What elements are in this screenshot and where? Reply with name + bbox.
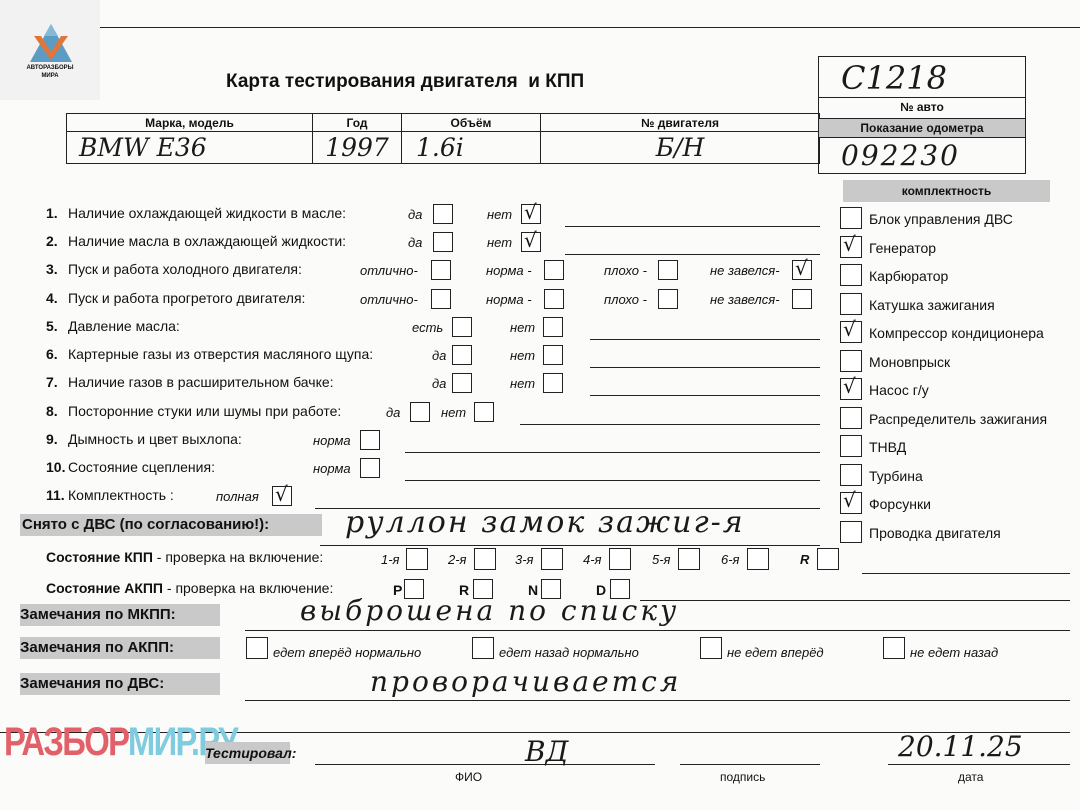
option-label: нет [441, 405, 466, 420]
completeness-label: ТНВД [869, 439, 906, 455]
check-number: 5. [46, 318, 58, 334]
gear-label: R [800, 552, 809, 567]
option-checkbox[interactable]: √ [792, 260, 812, 280]
option-label: норма [313, 433, 351, 448]
completeness-label: Распределитель зажигания [869, 411, 1047, 427]
volume-value[interactable]: 1.6i [402, 132, 541, 164]
check-number: 8. [46, 403, 58, 419]
option-label: норма [313, 461, 351, 476]
col-engine-number: № двигателя [541, 114, 820, 132]
option-checkbox[interactable] [431, 289, 451, 309]
option-label: плохо - [604, 263, 647, 278]
mkpp-remarks-value[interactable]: выброшена по списку [300, 594, 679, 627]
option-label: да [386, 405, 400, 420]
check-label: Дымность и цвет выхлопа: [68, 431, 242, 447]
option-label: да [408, 235, 422, 250]
option-label: не завелся- [710, 263, 780, 278]
option-checkbox[interactable] [792, 289, 812, 309]
check-mark-icon: √ [843, 375, 856, 397]
akpp-remark-checkbox[interactable] [883, 637, 905, 659]
akpp-remark-checkbox[interactable] [246, 637, 268, 659]
gear-label: 3-я [515, 552, 534, 567]
gear-label: 4-я [583, 552, 602, 567]
akpp-remark-checkbox[interactable] [700, 637, 722, 659]
logo-text-line1: АВТОРАЗБОРЫ [0, 65, 100, 71]
kpp-label-bold: Состояние КПП [46, 549, 153, 565]
completeness-label: Компрессор кондиционера [869, 325, 1044, 341]
check-mark-icon: √ [275, 483, 288, 505]
car-number-value[interactable]: C1218 [841, 59, 947, 97]
option-label: да [408, 207, 422, 222]
option-label: плохо - [604, 292, 647, 307]
option-checkbox[interactable] [474, 402, 494, 422]
check-number: 3. [46, 261, 58, 277]
option-label: отлично- [360, 292, 418, 307]
gear-checkbox[interactable] [474, 548, 496, 570]
gear-checkbox[interactable] [817, 548, 839, 570]
akpp-remarks-label: Замечания по АКПП: [20, 637, 220, 659]
option-label: нет [510, 320, 535, 335]
check-label: Наличие масла в охлаждающей жидкости: [68, 233, 346, 249]
check-number: 6. [46, 346, 58, 362]
completeness-label: Насос г/у [869, 382, 929, 398]
odometer-label: Показание одометра [819, 118, 1025, 138]
option-checkbox[interactable]: √ [521, 204, 541, 224]
answer-line [590, 339, 820, 340]
completeness-label: Блок управления ДВС [869, 211, 1013, 227]
page-title: Карта тестирования двигателя и КПП [226, 71, 584, 93]
completeness-checkbox[interactable] [840, 264, 862, 286]
gear-label: 5-я [652, 552, 671, 567]
completeness-checkbox[interactable] [840, 407, 862, 429]
check-label: Пуск и работа прогретого двигателя: [68, 290, 305, 306]
col-year: Год [313, 114, 402, 132]
completeness-label: Турбина [869, 468, 923, 484]
answer-line [590, 367, 820, 368]
year-value[interactable]: 1997 [313, 132, 402, 164]
answer-line [405, 452, 820, 453]
check-label: Комплектность : [68, 487, 174, 503]
option-checkbox[interactable] [543, 317, 563, 337]
gear-checkbox[interactable] [541, 548, 563, 570]
logo: АВТОРАЗБОРЫ МИРА [0, 0, 100, 100]
check-mark-icon: √ [843, 233, 856, 255]
check-label: Наличие охлаждающей жидкости в масле: [68, 205, 346, 221]
option-checkbox[interactable] [544, 289, 564, 309]
option-checkbox[interactable] [410, 402, 430, 422]
check-label: Наличие газов в расширительном бачке: [68, 374, 334, 390]
completeness-checkbox[interactable] [840, 207, 862, 229]
completeness-checkbox[interactable]: √ [840, 321, 862, 343]
car-number-label: № авто [819, 100, 1025, 114]
dvs-remarks-label: Замечания по ДВС: [20, 673, 220, 695]
option-label: нет [510, 348, 535, 363]
completeness-label: Моновпрыск [869, 354, 950, 370]
engine-number-value[interactable]: Б/Н [541, 132, 820, 164]
check-label: Посторонние стуки или шумы при работе: [68, 403, 341, 419]
top-rule [100, 27, 1080, 28]
completeness-checkbox[interactable]: √ [840, 236, 862, 258]
option-checkbox[interactable] [452, 345, 472, 365]
gear-checkbox[interactable] [609, 548, 631, 570]
akpp-remark-label: едет назад нормально [499, 645, 639, 660]
completeness-label: Проводка двигателя [869, 525, 1001, 541]
car-number-box: C1218 № авто Показание одометра 092230 [818, 56, 1026, 174]
option-checkbox[interactable]: √ [272, 486, 292, 506]
removed-label: Снято с ДВС (по согласованию!): [20, 514, 322, 536]
check-number: 11. [46, 487, 65, 503]
gear-label: 6-я [721, 552, 740, 567]
option-checkbox[interactable] [433, 232, 453, 252]
option-checkbox[interactable] [543, 345, 563, 365]
col-make-model: Марка, модель [67, 114, 313, 132]
option-label: нет [487, 207, 512, 222]
date-value[interactable]: 20.11.25 [898, 730, 1023, 763]
completeness-checkbox[interactable]: √ [840, 492, 862, 514]
answer-line [590, 395, 820, 396]
completeness-label: Карбюратор [869, 268, 948, 284]
logo-text-line2: МИРА [0, 73, 100, 79]
gear-label: 1-я [381, 552, 400, 567]
check-number: 4. [46, 290, 58, 306]
check-number: 10. [46, 459, 65, 475]
option-label: нет [510, 376, 535, 391]
check-mark-icon: √ [524, 229, 537, 251]
kpp-label: Состояние КПП - проверка на включение: [46, 549, 323, 565]
watermark-red: РАЗБОР [4, 720, 128, 764]
check-number: 7. [46, 374, 58, 390]
answer-line [565, 254, 820, 255]
akpp-remark-label: не едет вперёд [727, 645, 824, 660]
dvs-remarks-value[interactable]: проворачивается [370, 665, 681, 698]
completeness-checkbox[interactable] [840, 521, 862, 543]
completeness-label: Катушка зажигания [869, 297, 995, 313]
option-label: норма - [486, 292, 532, 307]
vehicle-info-table: Марка, модель Год Объём № двигателя BMW … [66, 113, 820, 164]
option-checkbox[interactable] [433, 204, 453, 224]
check-label: Давление масла: [68, 318, 180, 334]
option-checkbox[interactable] [543, 373, 563, 393]
akpp-remark-checkbox[interactable] [472, 637, 494, 659]
option-checkbox[interactable] [360, 430, 380, 450]
signature-caption: подпись [720, 770, 765, 784]
option-label: нет [487, 235, 512, 250]
check-mark-icon: √ [524, 201, 537, 223]
name-caption: ФИО [455, 770, 482, 784]
answer-line [405, 480, 820, 481]
mkpp-remarks-label: Замечания по МКПП: [20, 604, 220, 626]
answer-line [565, 226, 820, 227]
check-label: Состояние сцепления: [68, 459, 215, 475]
option-checkbox[interactable] [544, 260, 564, 280]
option-checkbox[interactable] [452, 373, 472, 393]
gear-checkbox[interactable] [747, 548, 769, 570]
akpp-label-bold: Состояние АКПП [46, 580, 163, 596]
option-label: полная [216, 489, 259, 504]
option-label: норма - [486, 263, 532, 278]
mountain-v-logo-icon [28, 22, 74, 64]
option-checkbox[interactable] [658, 289, 678, 309]
completeness-checkbox[interactable] [840, 435, 862, 457]
odometer-value[interactable]: 092230 [841, 139, 960, 172]
option-checkbox[interactable] [658, 260, 678, 280]
make-model-value[interactable]: BMW E36 [67, 132, 313, 164]
completeness-label: Форсунки [869, 496, 931, 512]
option-checkbox[interactable] [360, 458, 380, 478]
gear-label: 2-я [448, 552, 467, 567]
completeness-checkbox[interactable] [840, 350, 862, 372]
option-label: есть [412, 320, 443, 335]
check-mark-icon: √ [843, 318, 856, 340]
option-checkbox[interactable] [431, 260, 451, 280]
check-mark-icon: √ [843, 489, 856, 511]
completeness-checkbox[interactable] [840, 464, 862, 486]
completeness-checkbox[interactable]: √ [840, 378, 862, 400]
option-label: да [432, 348, 446, 363]
date-caption: дата [958, 770, 983, 784]
gear-checkbox[interactable] [678, 548, 700, 570]
akpp-remark-label: едет вперёд нормально [273, 645, 421, 660]
check-number: 9. [46, 431, 58, 447]
option-checkbox[interactable]: √ [521, 232, 541, 252]
option-label: не завелся- [710, 292, 780, 307]
option-checkbox[interactable] [452, 317, 472, 337]
check-label: Картерные газы из отверстия масляного щу… [68, 346, 373, 362]
tester-name-value[interactable]: ВД [525, 735, 568, 768]
completeness-label: Генератор [869, 240, 936, 256]
completeness-checkbox[interactable] [840, 293, 862, 315]
option-label: да [432, 376, 446, 391]
kpp-label-rest: - проверка на включение: [153, 549, 323, 565]
check-mark-icon: √ [795, 257, 808, 279]
col-volume: Объём [402, 114, 541, 132]
option-label: отлично- [360, 263, 418, 278]
removed-value[interactable]: руллон замок зажиг-я [345, 505, 745, 540]
check-number: 1. [46, 205, 58, 221]
completeness-title: комплектность [843, 180, 1050, 202]
check-label: Пуск и работа холодного двигателя: [68, 261, 302, 277]
watermark: РАЗБОРМИР.РУ [4, 720, 237, 765]
check-number: 2. [46, 233, 58, 249]
tested-by-label: Тестировал: [205, 742, 290, 764]
gear-checkbox[interactable] [406, 548, 428, 570]
akpp-label: Состояние АКПП - проверка на включение: [46, 580, 333, 596]
answer-line [520, 424, 820, 425]
akpp-remark-label: не едет назад [910, 645, 998, 660]
